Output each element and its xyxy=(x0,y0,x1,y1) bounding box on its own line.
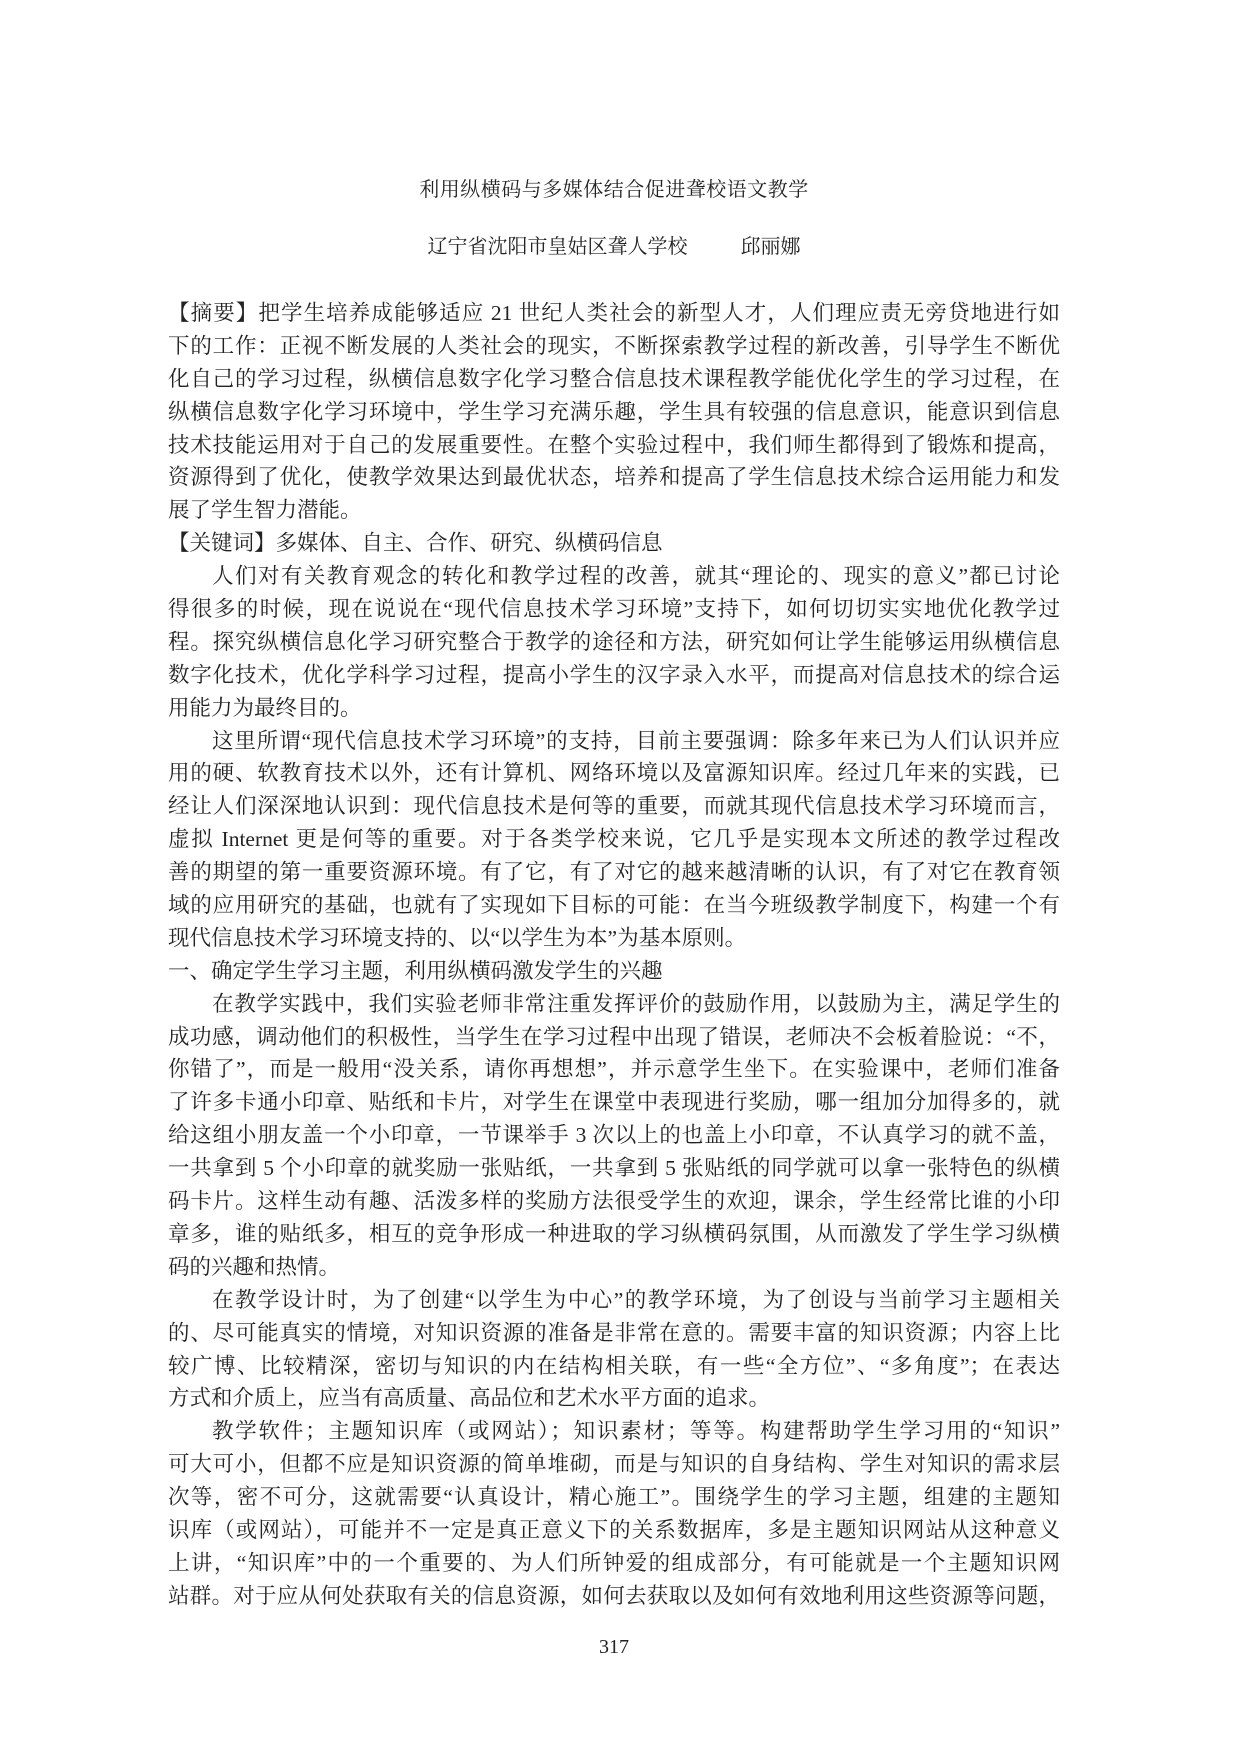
text-line: 得很多的时候，现在说说在“现代信息技术学习环境”支持下，如何切切实实地优化教学过 xyxy=(168,593,1060,626)
text-line: 用能力为最终目的。 xyxy=(168,692,1060,725)
text-line: 一共拿到 5 个小印章的就奖励一张贴纸，一共拿到 5 张贴纸的同学就可以拿一张特… xyxy=(168,1152,1060,1185)
text-line: 技术技能运用对于自己的发展重要性。在整个实验过程中，我们师生都得到了锻炼和提高， xyxy=(168,429,1060,462)
text-line: 码卡片。这样生动有趣、活泼多样的奖励方法很受学生的欢迎，课余，学生经常比谁的小印 xyxy=(168,1185,1060,1218)
author-line: 辽宁省沈阳市皇姑区聋人学校邱丽娜 xyxy=(168,233,1060,261)
text-line: 现代信息技术学习环境支持的、以“以学生为本”为基本原则。 xyxy=(168,922,1060,955)
text-line: 次等，密不可分，这就需要“认真设计，精心施工”。围绕学生的学习主题，组建的主题知 xyxy=(168,1481,1060,1514)
text-line: 码的兴趣和热情。 xyxy=(168,1251,1060,1284)
text-line: 展了学生智力潜能。 xyxy=(168,494,1060,527)
author-school: 辽宁省沈阳市皇姑区聋人学校 xyxy=(428,236,688,258)
text-line: 数字化技术，优化学科学习过程，提高小学生的汉字录入水平，而提高对信息技术的综合运 xyxy=(168,659,1060,692)
text-line: 你错了”，而是一般用“没关系，请你再想想”，并示意学生坐下。在实验课中，老师们准… xyxy=(168,1053,1060,1086)
text-line: 化自己的学习过程，纵横信息数字化学习整合信息技术课程教学能优化学生的学习过程，在 xyxy=(168,363,1060,396)
text-line: 站群。对于应从何处获取有关的信息资源，如何去获取以及如何有效地利用这些资源等问题… xyxy=(168,1580,1060,1613)
text-line: 在教学设计时，为了创建“以学生为中心”的教学环境，为了创设与当前学习主题相关 xyxy=(168,1284,1060,1317)
document-page: 利用纵横码与多媒体结合促进聋校语文教学 辽宁省沈阳市皇姑区聋人学校邱丽娜 【摘要… xyxy=(0,0,1246,1763)
body-text: 【摘要】把学生培养成能够适应 21 世纪人类社会的新型人才，人们理应责无旁贷地进… xyxy=(168,297,1060,1613)
text-line: 了许多卡通小印章、贴纸和卡片，对学生在课堂中表现进行奖励，哪一组加分加得多的，就 xyxy=(168,1086,1060,1119)
text-line: 程。探究纵横信息化学习研究整合于教学的途径和方法，研究如何让学生能够运用纵横信息 xyxy=(168,626,1060,659)
text-line: 【摘要】把学生培养成能够适应 21 世纪人类社会的新型人才，人们理应责无旁贷地进… xyxy=(168,297,1060,330)
text-line: 这里所谓“现代信息技术学习环境”的支持，目前主要强调：除多年来已为人们认识并应 xyxy=(168,725,1060,758)
text-line: 给这组小朋友盖一个小印章，一节课举手 3 次以上的也盖上小印章，不认真学习的就不… xyxy=(168,1119,1060,1152)
text-line: 域的应用研究的基础，也就有了实现如下目标的可能：在当今班级教学制度下，构建一个有 xyxy=(168,889,1060,922)
page-number: 317 xyxy=(168,1634,1060,1660)
paper-title: 利用纵横码与多媒体结合促进聋校语文教学 xyxy=(168,176,1060,204)
author-name: 邱丽娜 xyxy=(741,236,801,258)
text-line: 可大可小，但都不应是知识资源的简单堆砌，而是与知识的自身结构、学生对知识的需求层 xyxy=(168,1448,1060,1481)
text-line: 虚拟 Internet 更是何等的重要。对于各类学校来说，它几乎是实现本文所述的… xyxy=(168,823,1060,856)
text-line: 的、尽可能真实的情境，对知识资源的准备是非常在意的。需要丰富的知识资源；内容上比 xyxy=(168,1317,1060,1350)
text-line: 用的硬、软教育技术以外，还有计算机、网络环境以及富源知识库。经过几年来的实践，已 xyxy=(168,757,1060,790)
text-line: 经让人们深深地认识到：现代信息技术是何等的重要，而就其现代信息技术学习环境而言， xyxy=(168,790,1060,823)
text-line: 方式和介质上，应当有高质量、高品位和艺术水平方面的追求。 xyxy=(168,1382,1060,1415)
text-line: 纵横信息数字化学习环境中，学生学习充满乐趣，学生具有较强的信息意识，能意识到信息 xyxy=(168,396,1060,429)
text-line: 识库（或网站），可能并不一定是真正意义下的关系数据库，多是主题知识网站从这种意义 xyxy=(168,1514,1060,1547)
text-line: 善的期望的第一重要资源环境。有了它，有了对它的越来越清晰的认识，有了对它在教育领 xyxy=(168,856,1060,889)
text-line: 上讲，“知识库”中的一个重要的、为人们所钟爱的组成部分，有可能就是一个主题知识网 xyxy=(168,1547,1060,1580)
text-line: 章多，谁的贴纸多，相互的竞争形成一种进取的学习纵横码氛围，从而激发了学生学习纵横 xyxy=(168,1218,1060,1251)
text-line: 下的工作：正视不断发展的人类社会的现实，不断探索教学过程的新改善，引导学生不断优 xyxy=(168,330,1060,363)
text-line: 资源得到了优化，使教学效果达到最优状态，培养和提高了学生信息技术综合运用能力和发 xyxy=(168,461,1060,494)
text-line: 成功感，调动他们的积极性，当学生在学习过程中出现了错误，老师决不会板着脸说：“不… xyxy=(168,1021,1060,1054)
text-line: 人们对有关教育观念的转化和教学过程的改善，就其“理论的、现实的意义”都已讨论 xyxy=(168,560,1060,593)
text-line: 【关键词】多媒体、自主、合作、研究、纵横码信息 xyxy=(168,527,1060,560)
text-line: 在教学实践中，我们实验老师非常注重发挥评价的鼓励作用，以鼓励为主，满足学生的 xyxy=(168,988,1060,1021)
text-line: 较广博、比较精深，密切与知识的内在结构相关联，有一些“全方位”、“多角度”；在表… xyxy=(168,1350,1060,1383)
text-line: 教学软件；主题知识库（或网站）；知识素材；等等。构建帮助学生学习用的“知识” xyxy=(168,1415,1060,1448)
text-line: 一、确定学生学习主题，利用纵横码激发学生的兴趣 xyxy=(168,955,1060,988)
